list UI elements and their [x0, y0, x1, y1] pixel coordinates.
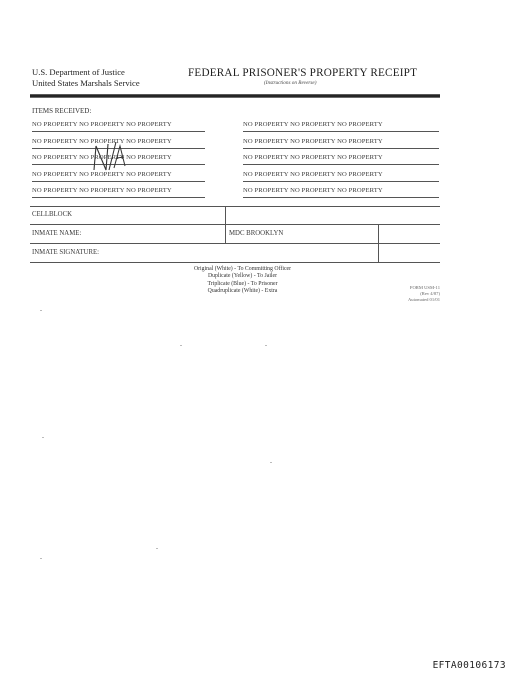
cellblock-label: CELLBLOCK: [32, 211, 72, 218]
items-received-label: ITEMS RECEIVED:: [32, 107, 91, 115]
agency-block: U.S. Department of Justice United States…: [32, 67, 140, 89]
inmate-name-label: INMATE NAME:: [32, 230, 81, 237]
item-line: NO PROPERTY NO PROPERTY NO PROPERTY: [243, 138, 439, 149]
distribution-item: Duplicate (Yellow) - To Jailer: [175, 273, 310, 280]
scan-speck: [270, 462, 272, 463]
grid-line: [378, 224, 379, 262]
agency-department: U.S. Department of Justice: [32, 67, 140, 78]
grid-line: [225, 206, 226, 243]
item-line: NO PROPERTY NO PROPERTY NO PROPERTY: [32, 187, 205, 198]
inmate-signature-label: INMATE SIGNATURE:: [32, 249, 99, 256]
item-line: NO PROPERTY NO PROPERTY NO PROPERTY: [32, 121, 205, 132]
distribution-item: Quadruplicate (White) - Extra: [175, 288, 310, 295]
handwritten-na-mark: [92, 140, 132, 174]
form-subtitle: (Instructions on Reverse): [264, 80, 316, 86]
item-line: NO PROPERTY NO PROPERTY NO PROPERTY: [243, 171, 439, 182]
distribution-list: Original (White) - To Committing Officer…: [175, 266, 310, 296]
grid-line: [30, 206, 440, 207]
item-line: NO PROPERTY NO PROPERTY NO PROPERTY: [243, 154, 439, 165]
item-line: NO PROPERTY NO PROPERTY NO PROPERTY: [243, 187, 439, 198]
scan-speck: [180, 345, 182, 346]
form-automated: Automated 01/01: [360, 297, 440, 303]
header-divider: [30, 94, 440, 98]
scan-speck: [40, 558, 42, 559]
scan-speck: [42, 437, 44, 438]
bates-stamp: EFTA00106173: [433, 660, 506, 671]
agency-service: United States Marshals Service: [32, 78, 140, 89]
scan-speck: [265, 345, 267, 346]
form-identifier: FORM USM-11 (Rev 4/87) Automated 01/01: [360, 285, 440, 303]
scan-speck: [40, 310, 42, 311]
form-title: FEDERAL PRISONER'S PROPERTY RECEIPT: [188, 67, 417, 79]
inmate-name-value: MDC BROOKLYN: [229, 230, 283, 237]
grid-line: [30, 262, 440, 263]
scan-speck: [156, 548, 158, 549]
item-line: NO PROPERTY NO PROPERTY NO PROPERTY: [243, 121, 439, 132]
